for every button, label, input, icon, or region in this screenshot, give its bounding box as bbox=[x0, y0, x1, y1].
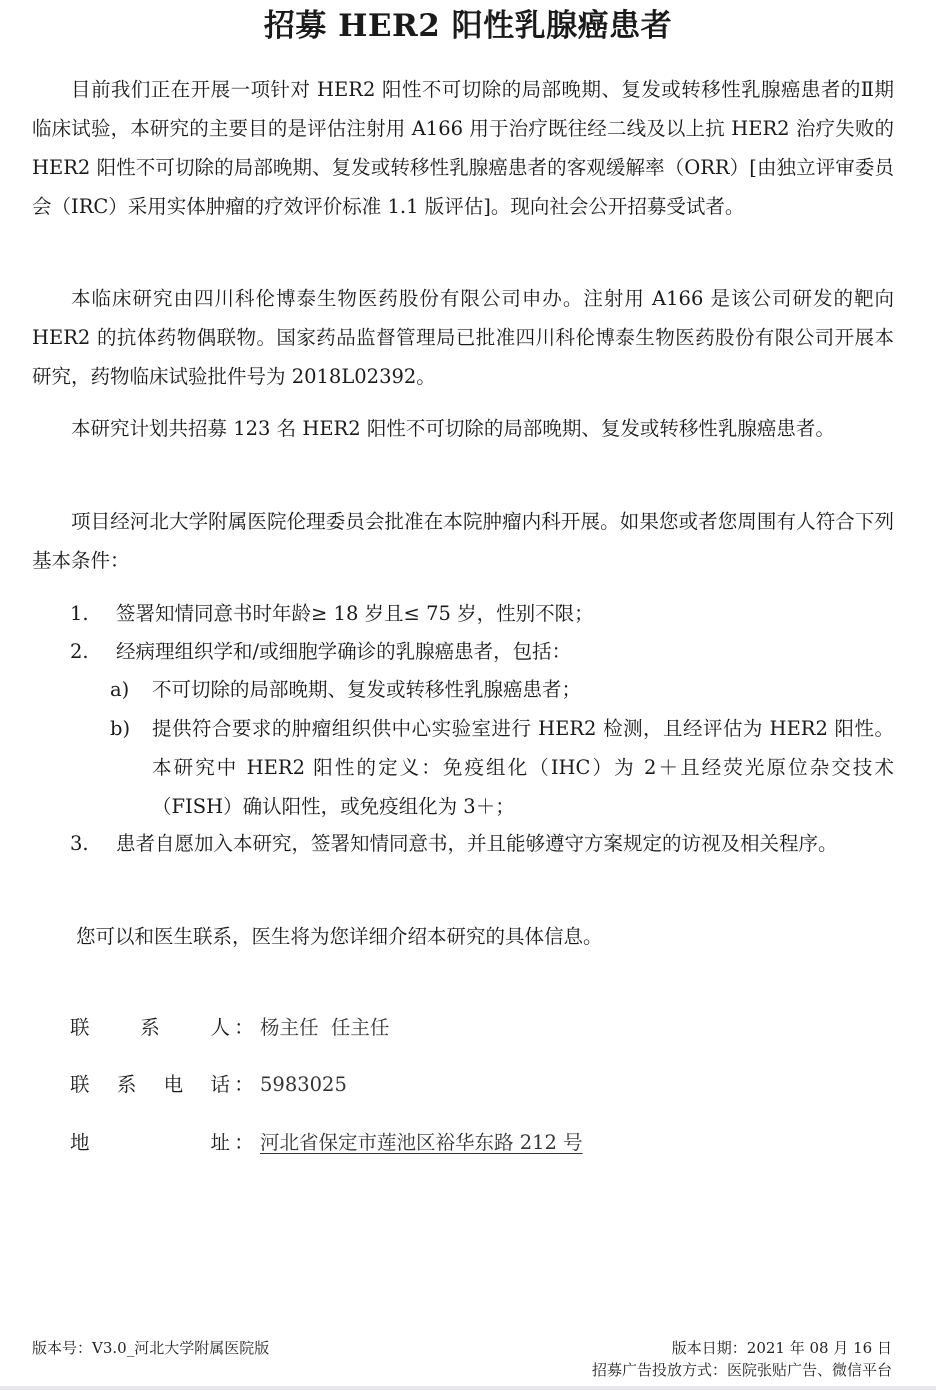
criteria-number: a) bbox=[110, 670, 129, 709]
criteria-number: b) bbox=[110, 709, 130, 748]
contact-phone-value[interactable]: 5983025 bbox=[260, 1071, 347, 1099]
colon: ： bbox=[230, 1129, 258, 1157]
contact-person-label: 联 系 人 bbox=[70, 1014, 230, 1042]
label-char: 电 bbox=[164, 1071, 184, 1099]
bottom-divider bbox=[0, 1386, 936, 1390]
label-char: 址 bbox=[210, 1129, 230, 1157]
label-char: 联 bbox=[70, 1071, 90, 1099]
criteria-text: 不可切除的局部晚期、复发或转移性乳腺癌患者； bbox=[152, 670, 894, 709]
label-char: 地 bbox=[70, 1129, 90, 1157]
criteria-item-2b: b) 提供符合要求的肿瘤组织供中心实验室进行 HER2 检测，且经评估为 HER… bbox=[110, 709, 894, 826]
contact-address-link[interactable]: 河北省保定市莲池区裕华东路 212 号 bbox=[260, 1129, 583, 1157]
criteria-text: 经病理组织学和/或细胞学确诊的乳腺癌患者，包括： bbox=[116, 632, 894, 671]
label-char: 联 bbox=[70, 1014, 90, 1042]
footer-channels: 招募广告投放方式：医院张贴广告、微信平台 bbox=[592, 1359, 892, 1381]
page-title: 招募 HER2 阳性乳腺癌患者 bbox=[0, 6, 936, 46]
criteria-number: 1. bbox=[70, 594, 89, 633]
contact-person-value: 杨主任 任主任 bbox=[260, 1014, 389, 1042]
label-char: 系 bbox=[140, 1014, 160, 1042]
criteria-text: 签署知情同意书时年龄≥ 18 岁且≤ 75 岁，性别不限； bbox=[116, 594, 894, 633]
contact-address-row: 地 址 ： 河北省保定市莲池区裕华东路 212 号 bbox=[70, 1129, 583, 1157]
label-char: 话 bbox=[210, 1071, 230, 1099]
contact-phone-label: 联 系 电 话 bbox=[70, 1071, 230, 1099]
enrollment-paragraph: 本研究计划共招募 123 名 HER2 阳性不可切除的局部晚期、复发或转移性乳腺… bbox=[32, 409, 894, 448]
ethics-paragraph: 项目经河北大学附属医院伦理委员会批准在本院肿瘤内科开展。如果您或者您周围有人符合… bbox=[32, 502, 894, 580]
criteria-text: 患者自愿加入本研究，签署知情同意书，并且能够遵守方案规定的访视及相关程序。 bbox=[116, 824, 894, 863]
label-char: 人 bbox=[210, 1014, 230, 1042]
intro-paragraph: 目前我们正在开展一项针对 HER2 阳性不可切除的局部晚期、复发或转移性乳腺癌患… bbox=[32, 70, 894, 226]
criteria-text: 提供符合要求的肿瘤组织供中心实验室进行 HER2 检测，且经评估为 HER2 阳… bbox=[152, 709, 894, 826]
closing-paragraph: 您可以和医生联系，医生将为您详细介绍本研究的具体信息。 bbox=[76, 917, 894, 956]
colon: ： bbox=[230, 1071, 258, 1099]
criteria-number: 2. bbox=[70, 632, 89, 671]
contact-person-row: 联 系 人 ： 杨主任 任主任 bbox=[70, 1014, 389, 1042]
label-char: 系 bbox=[117, 1071, 137, 1099]
contact-address-label: 地 址 bbox=[70, 1129, 230, 1157]
criteria-item-3: 3. 患者自愿加入本研究，签署知情同意书，并且能够遵守方案规定的访视及相关程序。 bbox=[70, 824, 894, 902]
footer-date: 版本日期：2021 年 08 月 16 日 bbox=[672, 1337, 892, 1359]
colon: ： bbox=[230, 1014, 258, 1042]
criteria-number: 3. bbox=[70, 824, 89, 863]
footer-version: 版本号：V3.0_河北大学附属医院版 bbox=[32, 1337, 269, 1359]
sponsor-paragraph: 本临床研究由四川科伦博泰生物医药股份有限公司申办。注射用 A166 是该公司研发… bbox=[32, 279, 894, 396]
contact-phone-row: 联 系 电 话 ： 5983025 bbox=[70, 1071, 347, 1099]
